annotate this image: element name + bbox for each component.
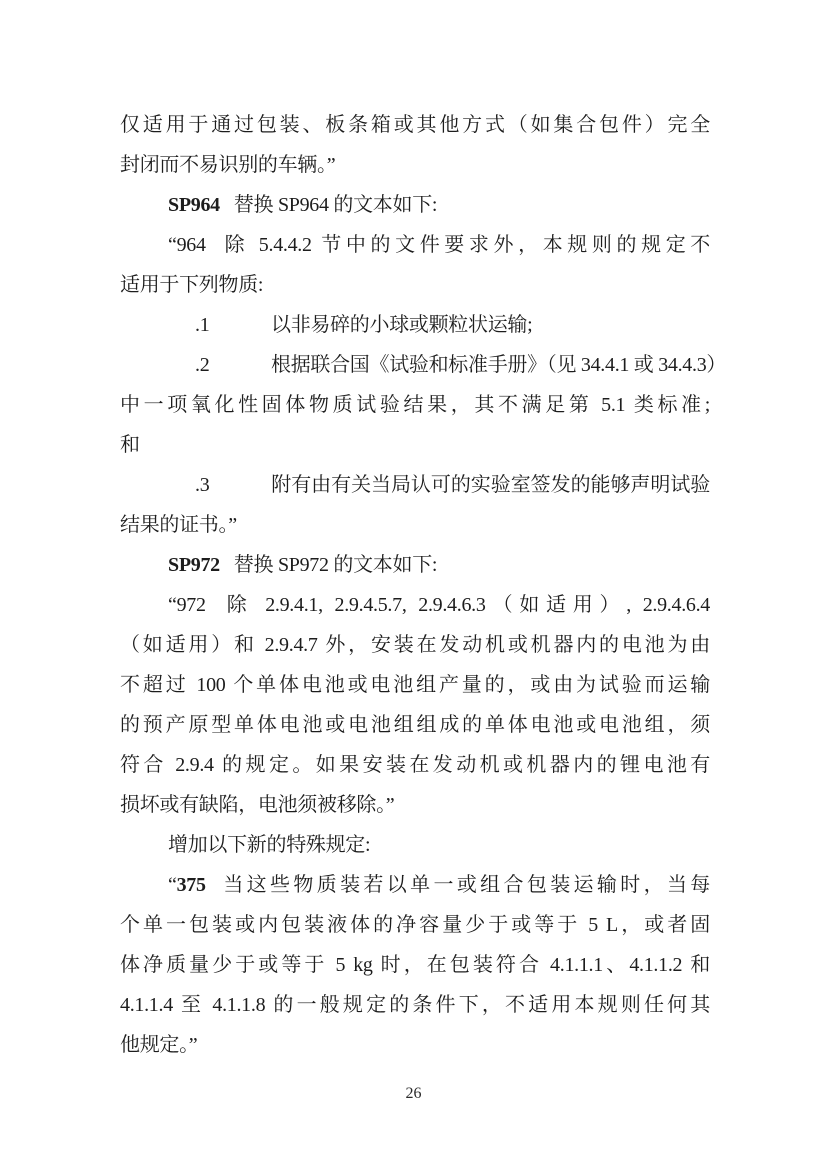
line-text: 除 5.4.4.2 节中的文件要求外，本规则的规定不 <box>220 234 710 256</box>
list-item-number: .2 <box>195 345 271 385</box>
line-text: 仅适用于通过包装、板条箱或其他方式（如集合包件）完全 <box>120 114 710 136</box>
paragraph-line: 体净质量少于或等于 5 kg 时，在包装符合 4.1.1.1、4.1.1.2 和 <box>120 945 710 985</box>
paragraph-line: 的预产原型单体电池或电池组组成的单体电池或电池组，须 <box>120 705 710 745</box>
list-item-number: .1 <box>195 305 271 345</box>
paragraph-line: 他规定。” <box>120 1025 710 1065</box>
paragraph-line: 封闭而不易识别的车辆。” <box>120 145 710 185</box>
paragraph-line: 损坏或有缺陷，电池须被移除。” <box>120 785 710 825</box>
list-item-line: .2根据联合国《试验和标准手册》（见 34.4.1 或 34.4.3） <box>120 345 710 385</box>
sp-number-label: SP964 <box>168 194 220 216</box>
line-text: 和 <box>120 434 140 456</box>
line-text: 除 2.9.4.1, 2.9.4.5.7, 2.9.4.6.3（如适用）, 2.… <box>220 594 710 616</box>
paragraph-line: 结果的证书。” <box>120 505 710 545</box>
paragraph-line: 符合 2.9.4 的规定。如果安装在发动机或机器内的锂电池有 <box>120 745 710 785</box>
sp964-heading-line: SP964替换 SP964 的文本如下: <box>120 185 710 225</box>
line-text: 附有由有关当局认可的实验室签发的能够声明试验 <box>271 474 710 496</box>
new-provision-intro-line: 增加以下新的特殊规定: <box>120 825 710 865</box>
paragraph-line: 仅适用于通过包装、板条箱或其他方式（如集合包件）完全 <box>120 105 710 145</box>
page-body: 仅适用于通过包装、板条箱或其他方式（如集合包件）完全 封闭而不易识别的车辆。” … <box>120 105 710 1065</box>
line-text: 中一项氧化性固体物质试验结果，其不满足第 5.1 类标准; <box>120 394 710 416</box>
line-text: 封闭而不易识别的车辆。” <box>120 154 335 176</box>
page-number: 26 <box>0 1085 827 1103</box>
provision-number-label: “972 <box>168 594 206 616</box>
line-text: 以非易碎的小球或颗粒状运输; <box>271 314 532 336</box>
list-item-line: .3附有由有关当局认可的实验室签发的能够声明试验 <box>120 465 710 505</box>
paragraph-line: 4.1.1.4 至 4.1.1.8 的一般规定的条件下，不适用本规则任何其 <box>120 985 710 1025</box>
line-text: 结果的证书。” <box>120 514 237 536</box>
paragraph-line: “375当这些物质装若以单一或组合包装运输时，当每 <box>120 865 710 905</box>
line-text: 替换 SP972 的文本如下: <box>234 554 437 576</box>
open-quote: “ <box>168 874 177 896</box>
line-text: 替换 SP964 的文本如下: <box>234 194 437 216</box>
document-page: 仅适用于通过包装、板条箱或其他方式（如集合包件）完全 封闭而不易识别的车辆。” … <box>0 0 827 1170</box>
paragraph-line: 个单一包装或内包装液体的净容量少于或等于 5 L，或者固 <box>120 905 710 945</box>
line-text: （如适用）和 2.9.4.7 外，安装在发动机或机器内的电池为由 <box>120 634 710 656</box>
paragraph-line: （如适用）和 2.9.4.7 外，安装在发动机或机器内的电池为由 <box>120 625 710 665</box>
paragraph-line: 中一项氧化性固体物质试验结果，其不满足第 5.1 类标准; <box>120 385 710 425</box>
line-text: 根据联合国《试验和标准手册》（见 34.4.1 或 34.4.3） <box>271 354 726 376</box>
list-item-line: .1以非易碎的小球或颗粒状运输; <box>120 305 710 345</box>
line-text: 体净质量少于或等于 5 kg 时，在包装符合 4.1.1.1、4.1.1.2 和 <box>120 954 710 976</box>
list-item-number: .3 <box>195 465 271 505</box>
paragraph-line: 和 <box>120 425 710 465</box>
line-text: 的预产原型单体电池或电池组组成的单体电池或电池组，须 <box>120 714 710 736</box>
paragraph-line: 不超过 100 个单体电池或电池组产量的，或由为试验而运输 <box>120 665 710 705</box>
line-text: 增加以下新的特殊规定: <box>168 834 370 856</box>
paragraph-line: “964除 5.4.4.2 节中的文件要求外，本规则的规定不 <box>120 225 710 265</box>
line-text: 损坏或有缺陷，电池须被移除。” <box>120 794 394 816</box>
line-text: 4.1.1.4 至 4.1.1.8 的一般规定的条件下，不适用本规则任何其 <box>120 994 710 1016</box>
line-text: 符合 2.9.4 的规定。如果安装在发动机或机器内的锂电池有 <box>120 754 710 776</box>
line-text: 不超过 100 个单体电池或电池组产量的，或由为试验而运输 <box>120 674 710 696</box>
sp-number-label: SP972 <box>168 554 220 576</box>
provision-number-label: 375 <box>177 874 206 896</box>
line-text: 当这些物质装若以单一或组合包装运输时，当每 <box>220 874 710 896</box>
line-text: 他规定。” <box>120 1034 197 1056</box>
paragraph-line: 适用于下列物质: <box>120 265 710 305</box>
provision-number-label: “964 <box>168 234 206 256</box>
paragraph-line: “972除 2.9.4.1, 2.9.4.5.7, 2.9.4.6.3（如适用）… <box>120 585 710 625</box>
line-text: 适用于下列物质: <box>120 274 263 296</box>
line-text: 个单一包装或内包装液体的净容量少于或等于 5 L，或者固 <box>120 914 710 936</box>
sp972-heading-line: SP972替换 SP972 的文本如下: <box>120 545 710 585</box>
